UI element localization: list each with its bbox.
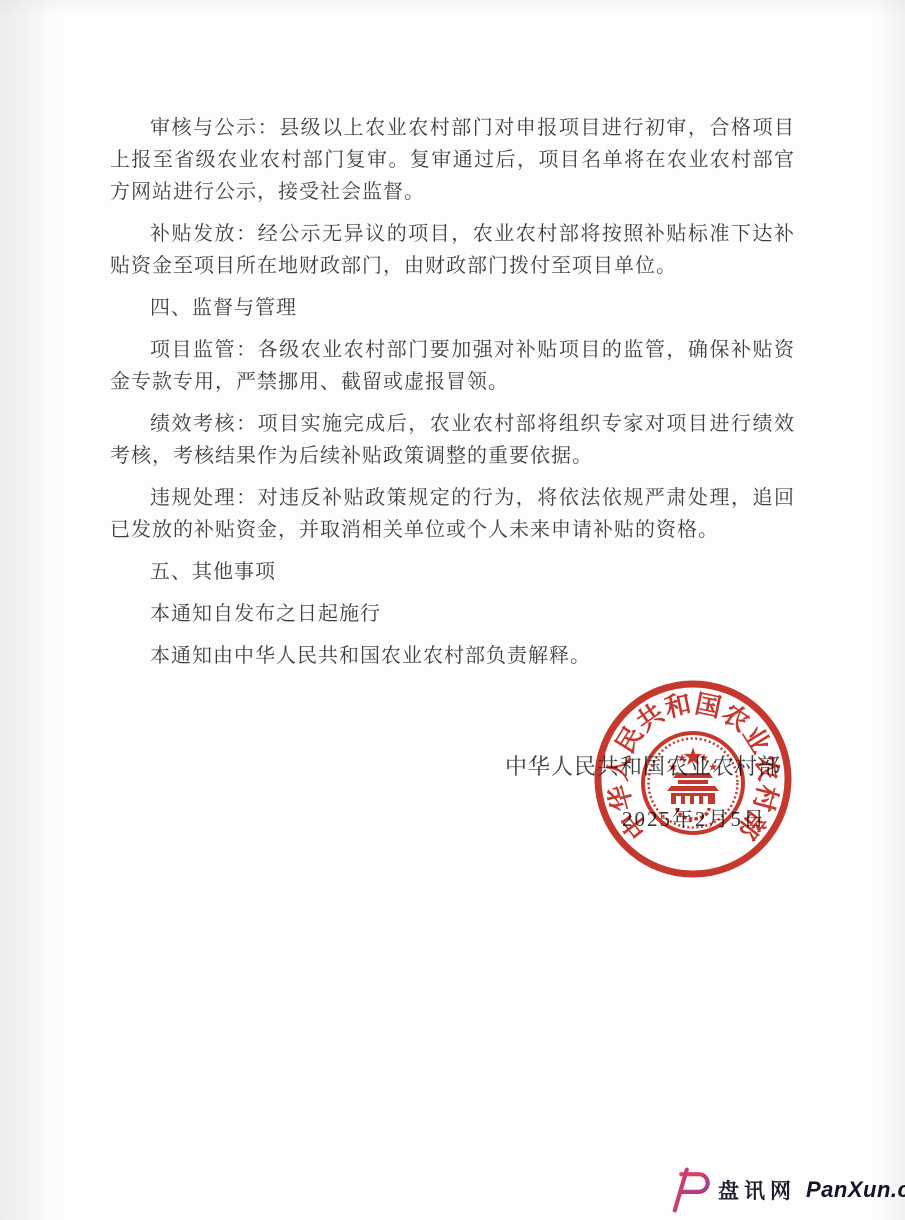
watermark-site-name: 盘讯网 (718, 1175, 796, 1205)
panxun-logo-icon (656, 1164, 712, 1216)
heading-section-4: 四、监督与管理 (110, 292, 795, 324)
svg-text:农: 农 (750, 753, 783, 783)
paragraph-performance-review: 绩效考核：项目实施完成后，农业农村部将组织专家对项目进行绩效考核，考核结果作为后… (110, 408, 795, 472)
line-effective-date: 本通知自发布之日起施行 (110, 598, 795, 630)
paragraph-violation-handling: 违规处理：对违反补贴政策规定的行为，将依法依规严肃处理，追回已发放的补贴资金，并… (110, 482, 795, 546)
paragraph-review-publicity: 审核与公示：县级以上农业农村部门对申报项目进行初审，合格项目上报至省级农业农村部… (110, 112, 795, 208)
paragraph-project-supervision: 项目监管：各级农业农村部门要加强对补贴项目的监管，确保补贴资金专款专用，严禁挪用… (110, 334, 795, 398)
national-emblem-icon (643, 733, 743, 833)
svg-text:人: 人 (603, 753, 636, 783)
paragraph-subsidy-disbursement: 补贴发放：经公示无异议的项目，农业农村部将按照补贴标准下达补贴资金至项目所在地财… (110, 218, 795, 282)
watermark: 盘讯网 PanXun.cc (656, 1164, 896, 1216)
document-body: 审核与公示：县级以上农业农村部门对申报项目进行初审，合格项目上报至省级农业农村部… (110, 112, 795, 682)
watermark-site-domain: PanXun.cc (806, 1177, 905, 1203)
official-seal: 中华人民共和国农业农村部 (591, 677, 795, 881)
official-seal-graphic: 中华人民共和国农业农村部 (591, 677, 795, 881)
scanned-document-page: 审核与公示：县级以上农业农村部门对申报项目进行初审，合格项目上报至省级农业农村部… (0, 0, 905, 1220)
svg-text:和: 和 (662, 689, 693, 723)
heading-section-5: 五、其他事项 (110, 556, 795, 588)
line-interpretation: 本通知由中华人民共和国农业农村部负责解释。 (110, 640, 795, 672)
